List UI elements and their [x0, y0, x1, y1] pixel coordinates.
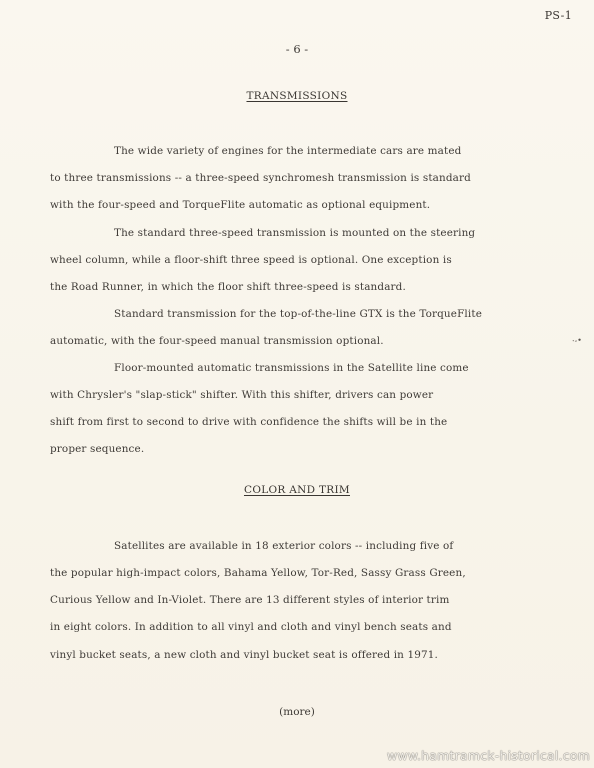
paragraph-line: with the four-speed and TorqueFlite auto…	[50, 199, 430, 211]
paragraph-line: the Road Runner, in which the floor shif…	[50, 281, 406, 293]
paragraph-line: the popular high-impact colors, Bahama Y…	[50, 567, 466, 579]
paragraph-line: in eight colors. In addition to all viny…	[50, 621, 452, 633]
paragraph-line: wheel column, while a floor-shift three …	[50, 254, 452, 266]
paragraph-line: proper sequence.	[50, 443, 144, 455]
section-heading-transmissions: TRANSMISSIONS	[0, 90, 594, 102]
paragraph-line: with Chrysler's "slap-stick" shifter. Wi…	[50, 389, 433, 401]
watermark: www.hamtramck-historical.com	[387, 748, 590, 763]
section-heading-text: TRANSMISSIONS	[246, 90, 347, 102]
paragraph-line: Curious Yellow and In-Violet. There are …	[50, 594, 449, 606]
paragraph-line: The wide variety of engines for the inte…	[114, 145, 461, 157]
document-page: PS-1 - 6 - TRANSMISSIONS The wide variet…	[0, 0, 594, 768]
paragraph-line: Satellites are available in 18 exterior …	[114, 540, 453, 552]
section-heading-text: COLOR AND TRIM	[244, 484, 350, 496]
continuation-marker: (more)	[0, 706, 594, 718]
paragraph-line: The standard three-speed transmission is…	[114, 227, 475, 239]
page-number: - 6 -	[0, 42, 594, 56]
paragraph-line: automatic, with the four-speed manual tr…	[50, 335, 384, 347]
margin-mark: ·-•	[571, 335, 582, 345]
paragraph-line: to three transmissions -- a three-speed …	[50, 172, 471, 184]
paragraph-line: Standard transmission for the top-of-the…	[114, 308, 482, 320]
section-heading-color-and-trim: COLOR AND TRIM	[0, 484, 594, 496]
paragraph-line: vinyl bucket seats, a new cloth and viny…	[50, 649, 438, 661]
paragraph-line: shift from first to second to drive with…	[50, 416, 447, 428]
page-id: PS-1	[545, 9, 572, 22]
paragraph-line: Floor-mounted automatic transmissions in…	[114, 362, 469, 374]
